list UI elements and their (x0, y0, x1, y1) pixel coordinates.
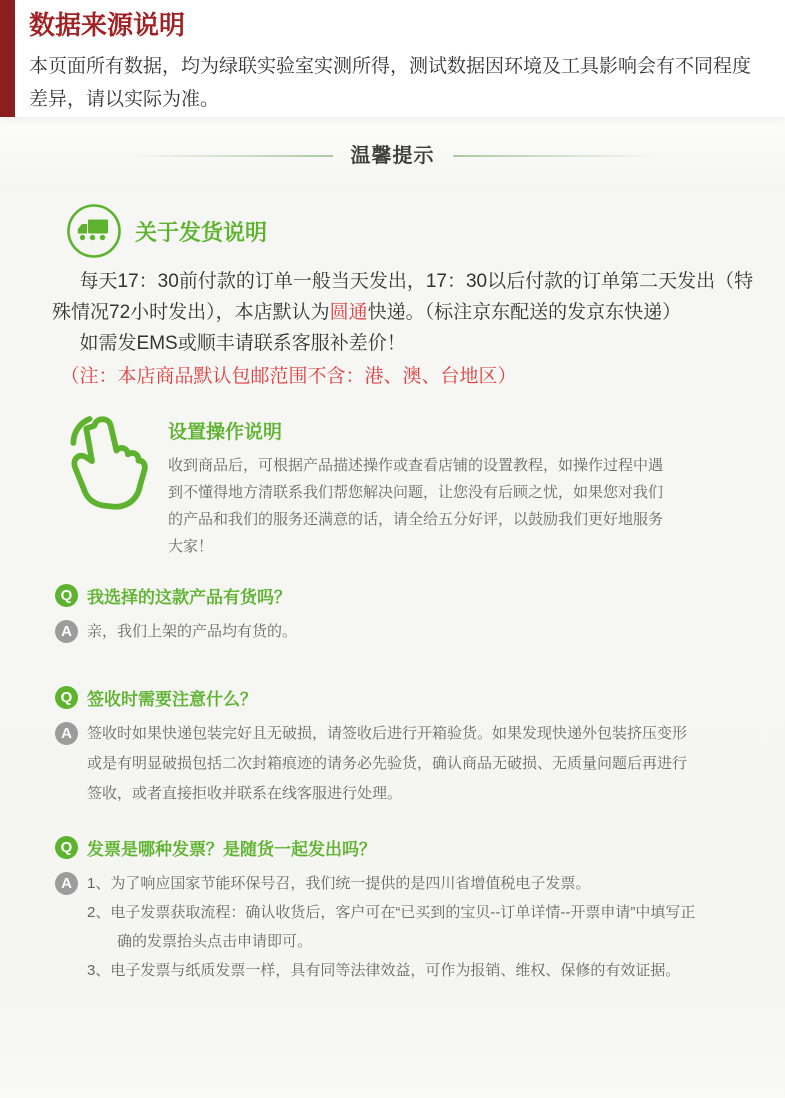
question-text: 签收时需要注意什么？ (87, 685, 257, 710)
question-icon: Q (55, 686, 78, 709)
setup-title: 设置操作说明 (168, 417, 676, 444)
shipping-paragraph-2: 如需发EMS或顺丰请联系客服补差价！ (52, 328, 757, 359)
page-title: 数据来源说明 (29, 6, 755, 44)
setup-section: 设置操作说明 收到商品后，可根据产品描述操作或查看店铺的设置教程，如操作过程中遇… (58, 412, 785, 560)
shipping-section-header: 关于发货说明 (66, 203, 785, 259)
data-source-text: 本页面所有数据，均为绿联实验室实测所得，测试数据因环境及工具影响会有不同程度差异… (29, 50, 757, 116)
tap-hand-icon (58, 414, 150, 514)
shipping-body: 每天17：30前付款的订单一般当天发出，17：30以后付款的订单第二天发出（特殊… (52, 266, 757, 392)
data-source-section: 数据来源说明 本页面所有数据，均为绿联实验室实测所得，测试数据因环境及工具影响会… (0, 0, 785, 117)
answer-list: 1、为了响应国家节能环保号召，我们统一提供的是四川省增值税电子发票。 2、电子发… (87, 869, 707, 985)
question-icon: Q (55, 584, 78, 607)
question-text: 我选择的这款产品有货吗？ (87, 583, 291, 608)
banner-divider-left (127, 155, 333, 157)
shipping-title: 关于发货说明 (135, 216, 267, 247)
red-accent-bar (0, 0, 15, 117)
answer-list-item: 2、电子发票获取流程：确认收货后，客户可在“已买到的宝贝--订单详情--开票申请… (87, 898, 707, 956)
courier-name-highlight: 圆通 (330, 302, 368, 323)
answer-icon: A (55, 872, 78, 895)
shipping-region-note: （注：本店商品默认包邮范围不含：港、澳、台地区） (52, 361, 757, 392)
answer-list-item: 1、为了响应国家节能环保号召，我们统一提供的是四川省增值税电子发票。 (87, 869, 707, 898)
answer-text: 签收时如果快递包装完好且无破损，请签收后进行开箱验货。如果发现快递外包装挤压变形… (87, 719, 701, 809)
qa-section: Q 我选择的这款产品有货吗？ A 亲，我们上架的产品均有货的。 Q 签收时需要注… (55, 583, 785, 985)
qa-item: Q 发票是哪种发票？是随货一起发出吗？ A 1、为了响应国家节能环保号召，我们统… (55, 835, 785, 985)
tips-section: 温馨提示 关于发货说明 每天17：30前付款的订单一般当天发出，17：30以后付… (0, 117, 785, 1098)
setup-body: 收到商品后，可根据产品描述操作或查看店铺的设置教程，如操作过程中遇到不懂得地方清… (168, 452, 676, 560)
shipping-paragraph-1: 每天17：30前付款的订单一般当天发出，17：30以后付款的订单第二天发出（特殊… (52, 266, 757, 328)
banner-divider-right (453, 155, 659, 157)
shipping-p1-tail: 快递。（标注京东配送的发京东快递） (368, 302, 682, 323)
qa-item: Q 签收时需要注意什么？ A 签收时如果快递包装完好且无破损，请签收后进行开箱验… (55, 685, 785, 809)
warm-tips-title: 温馨提示 (351, 139, 435, 168)
qa-item: Q 我选择的这款产品有货吗？ A 亲，我们上架的产品均有货的。 (55, 583, 785, 647)
warm-tips-banner: 温馨提示 (0, 117, 785, 191)
answer-list-item: 3、电子发票与纸质发票一样，具有同等法律效益，可作为报销、维权、保修的有效证据。 (87, 956, 707, 985)
truck-icon (66, 203, 122, 259)
question-icon: Q (55, 836, 78, 859)
answer-text: 亲，我们上架的产品均有货的。 (87, 617, 701, 647)
answer-icon: A (55, 620, 78, 643)
question-text: 发票是哪种发票？是随货一起发出吗？ (87, 835, 376, 860)
answer-icon: A (55, 722, 78, 745)
